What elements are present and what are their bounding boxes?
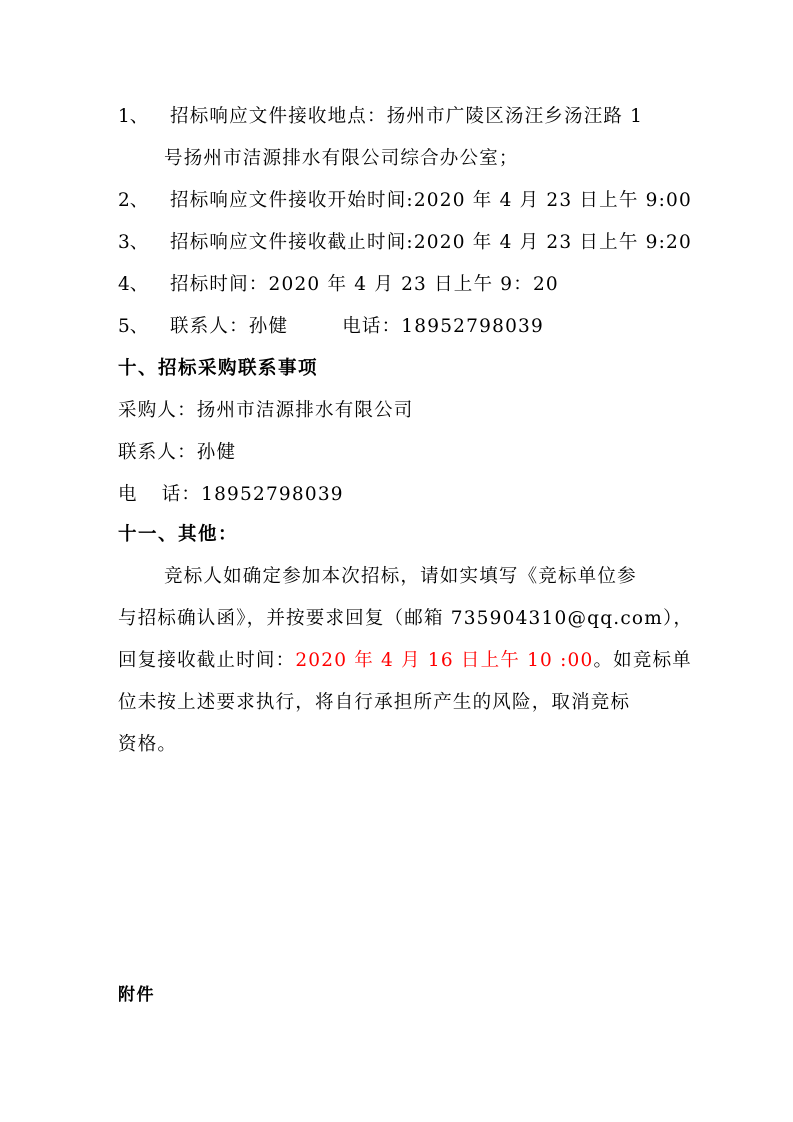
list-item-number: 5、 [118, 314, 170, 340]
section-heading-10: 十、招标采购联系事项 [118, 356, 318, 382]
paragraph-line-5: 资格。 [118, 732, 177, 758]
paragraph-line-1: 竞标人如确定参加本次招标，请如实填写《竞标单位参 [164, 564, 637, 590]
list-item-text: 招标时间：2020 年 4 月 23 日上午 9：20 [170, 274, 559, 295]
phone-line: 电话：18952798039 [118, 482, 344, 508]
contact-line: 联系人：孙健 [118, 440, 236, 466]
section-heading-11: 十一、其他： [118, 522, 238, 548]
deadline-highlight: 2020 年 4 月 16 日上午 10 :00 [295, 650, 593, 671]
list-item-text: 招标响应文件接收截止时间:2020 年 4 月 23 日上午 9:20 [170, 232, 692, 253]
list-item-text: 招标响应文件接收地点：扬州市广陵区汤汪乡汤汪路 1 [170, 106, 643, 127]
paragraph-line-4: 位未按上述要求执行，将自行承担所产生的风险，取消竞标 [118, 690, 630, 716]
list-item-text: 号扬州市洁源排水有限公司综合办公室； [164, 148, 519, 169]
list-item-number: 4、 [118, 272, 170, 298]
list-item-text: 招标响应文件接收开始时间:2020 年 4 月 23 日上午 9:00 [170, 190, 692, 211]
document-page: 1、招标响应文件接收地点：扬州市广陵区汤汪乡汤汪路 1 号扬州市洁源排水有限公司… [0, 0, 793, 1122]
list-item-5: 5、联系人：孙健电话：18952798039 [118, 314, 544, 340]
list-item-4: 4、招标时间：2020 年 4 月 23 日上午 9：20 [118, 272, 559, 298]
list-item-number: 3、 [118, 230, 170, 256]
contact-person: 联系人：孙健 [170, 316, 288, 337]
paragraph-line-2: 与招标确认函》，并按要求回复（邮箱 735904310@qq.com）， [118, 606, 693, 632]
list-item-2: 2、招标响应文件接收开始时间:2020 年 4 月 23 日上午 9:00 [118, 188, 692, 214]
list-item-1: 1、招标响应文件接收地点：扬州市广陵区汤汪乡汤汪路 1 [118, 104, 643, 130]
list-item-1-continuation: 号扬州市洁源排水有限公司综合办公室； [164, 146, 519, 172]
phone-value: 话：18952798039 [162, 484, 344, 505]
list-item-number: 1、 [118, 104, 170, 130]
paragraph-line-3: 回复接收截止时间：2020 年 4 月 16 日上午 10 :00。如竞标单 [118, 648, 692, 674]
deadline-suffix: 。如竞标单 [593, 650, 692, 671]
purchaser-line: 采购人：扬州市洁源排水有限公司 [118, 398, 414, 424]
list-item-number: 2、 [118, 188, 170, 214]
deadline-prefix: 回复接收截止时间： [118, 650, 295, 671]
list-item-3: 3、招标响应文件接收截止时间:2020 年 4 月 23 日上午 9:20 [118, 230, 692, 256]
attachment-label: 附件 [118, 982, 155, 1008]
contact-phone: 电话：18952798039 [342, 316, 544, 337]
phone-label: 电 [118, 484, 138, 505]
